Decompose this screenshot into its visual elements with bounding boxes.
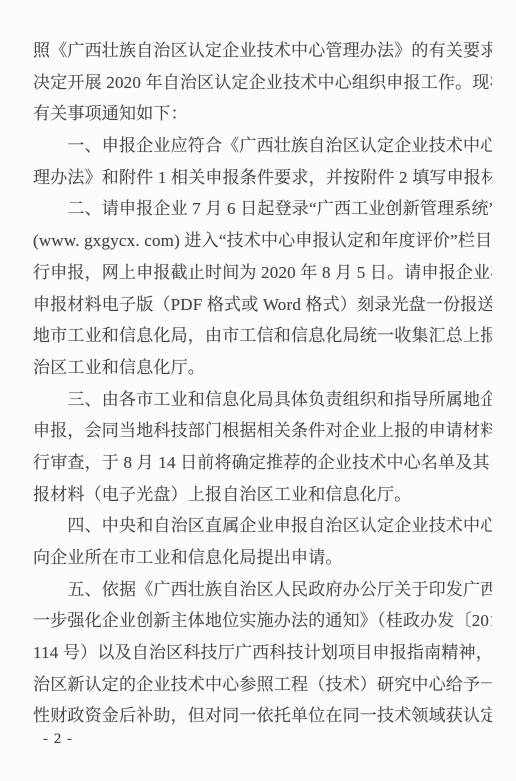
doc-line: 申报，会同当地科技部门根据相关条件对企业上报的申请材料进 bbox=[33, 415, 492, 447]
doc-line: 报材料（电子光盘）上报自治区工业和信息化厅。 bbox=[33, 479, 492, 511]
doc-line: 四、中央和自治区直属企业申报自治区认定企业技术中心， bbox=[33, 510, 492, 542]
page-number: - 2 - bbox=[43, 731, 73, 748]
doc-line: 行审查，于 8 月 14 日前将确定推荐的企业技术中心名单及其申 bbox=[33, 447, 492, 479]
doc-line: 五、依据《广西壮族自治区人民政府办公厅关于印发广西进 bbox=[33, 574, 492, 606]
doc-line: 理办法》和附件 1 相关申报条件要求，并按附件 2 填写申报材料。 bbox=[33, 162, 492, 194]
doc-line: 向企业所在市工业和信息化局提出申请。 bbox=[33, 542, 492, 574]
doc-line: 二、请申报企业 7 月 6 日起登录“广西工业创新管理系统” bbox=[33, 193, 492, 225]
doc-line: 行申报，网上申报截止时间为 2020 年 8 月 5 日。请申报企业将 bbox=[33, 257, 492, 289]
doc-line: 治区工业和信息化厅。 bbox=[33, 352, 492, 384]
doc-line: 照《广西壮族自治区认定企业技术中心管理办法》的有关要求， bbox=[33, 35, 492, 67]
doc-line: (www. gxgycx. com) 进入“技术中心申报认定和年度评价”栏目进 bbox=[33, 225, 492, 257]
doc-line: 三、由各市工业和信息化局具体负责组织和指导所属地企业 bbox=[33, 384, 492, 416]
doc-line: 性财政资金后补助，但对同一依托单位在同一技术领域获认定的 bbox=[33, 700, 492, 732]
scanned-document-page: 照《广西壮族自治区认定企业技术中心管理办法》的有关要求， 决定开展 2020 年… bbox=[0, 0, 516, 781]
doc-line: 一、申报企业应符合《广西壮族自治区认定企业技术中心管 bbox=[33, 130, 492, 162]
doc-line: 地市工业和信息化局，由市工信和信息化局统一收集汇总上报自 bbox=[33, 320, 492, 352]
doc-line: 决定开展 2020 年自治区认定企业技术中心组织申报工作。现将 bbox=[33, 67, 492, 99]
doc-line: 治区新认定的企业技术中心参照工程（技术）研究中心给予一次 bbox=[33, 669, 492, 701]
doc-line: 114 号）以及自治区科技厅广西科技计划项目申报指南精神，自 bbox=[33, 637, 492, 669]
doc-line: 一步强化企业创新主体地位实施办法的通知》（桂政办发〔2016〕 bbox=[33, 605, 492, 637]
document-body: 照《广西壮族自治区认定企业技术中心管理办法》的有关要求， 决定开展 2020 年… bbox=[33, 35, 492, 732]
doc-line: 申报材料电子版（PDF 格式或 Word 格式）刻录光盘一份报送所属 bbox=[33, 289, 492, 321]
doc-line: 有关事项通知如下： bbox=[33, 98, 492, 130]
